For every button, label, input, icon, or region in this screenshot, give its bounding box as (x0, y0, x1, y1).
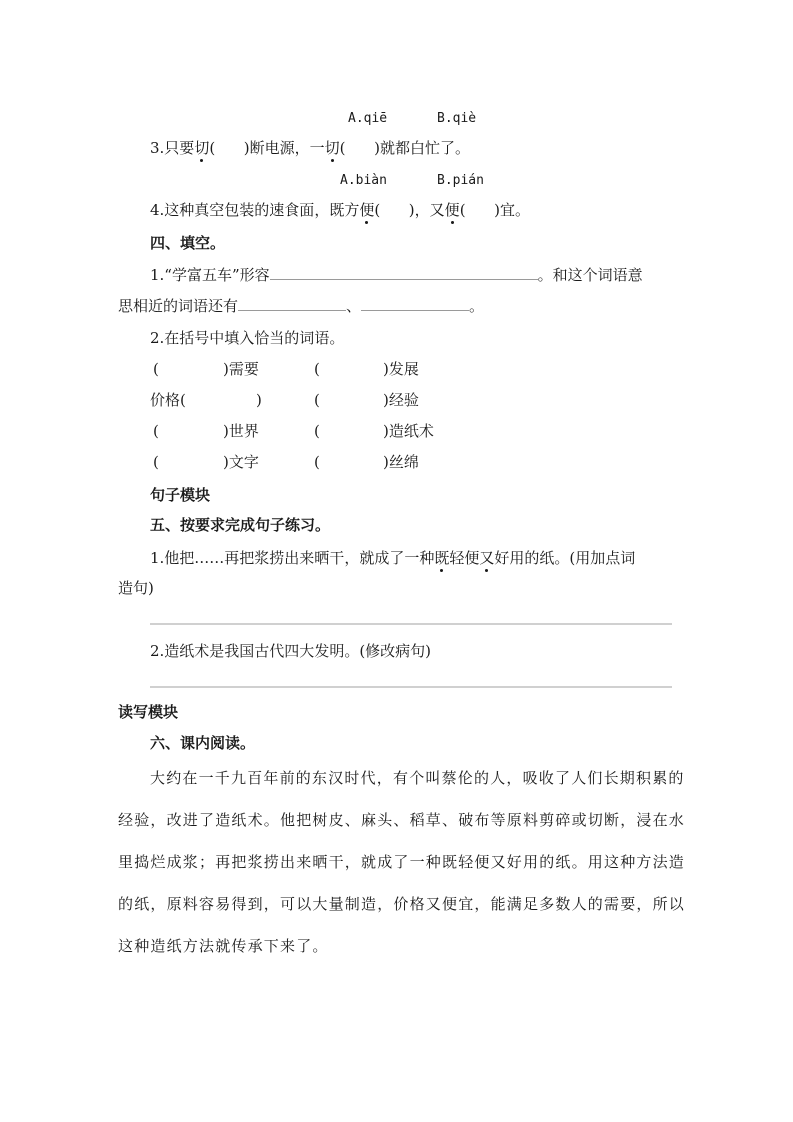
q3-dotted-char: 切 (325, 138, 340, 158)
item-text: 1.“学富五车”形容 (150, 266, 270, 284)
dotted-char: 既 (434, 548, 449, 568)
q4-text: 4.这种真空包装的速食面，既方 (150, 201, 359, 219)
answer-blank[interactable] (238, 296, 346, 311)
item-text: 。 (469, 297, 484, 315)
pair-right-close: )经验 (383, 390, 419, 410)
answer-blank[interactable] (361, 296, 469, 311)
pair-right-open: ( (314, 390, 320, 410)
pair-left-close: )文字 (223, 452, 259, 472)
q4-option-a: A.biàn (340, 172, 387, 190)
q3-option-b: B.qiè (437, 110, 476, 128)
q3-text: ( )就都白忙了。 (340, 139, 470, 157)
reading-module-title: 读写模块 (118, 702, 178, 722)
section-6-heading: 六、课内阅读。 (150, 733, 255, 753)
pair-left-close: )世界 (223, 421, 259, 441)
answer-line[interactable] (150, 623, 672, 625)
q4-dotted-char: 便 (359, 200, 374, 220)
pair-right-open: ( (314, 421, 320, 441)
pair-right-open: ( (314, 452, 320, 472)
section-4-item-1-line-2: 思相近的词语还有、。 (118, 296, 484, 316)
reading-passage-line: 这种造纸方法就传承下来了。 (118, 936, 329, 956)
q4-option-b: B.pián (437, 172, 484, 190)
q3-dotted-char: 切 (194, 138, 209, 158)
pair-left-open: ( (153, 359, 159, 379)
section-5-heading: 五、按要求完成句子练习。 (150, 515, 330, 535)
section-5-item-1-line-2: 造句) (118, 578, 154, 598)
q3-option-a: A.qiē (348, 110, 387, 128)
section-4-heading: 四、填空。 (150, 233, 225, 253)
item-text: 。和这个词语意 (538, 266, 643, 284)
pair-right-close: )发展 (383, 359, 419, 379)
separator: 、 (346, 297, 361, 315)
pair-left-open: ( (153, 452, 159, 472)
pair-left-open: ( (153, 421, 159, 441)
item-text: 1.他把……再把浆捞出来晒干，就成了一种 (150, 549, 434, 567)
item-text: 思相近的词语还有 (118, 297, 238, 315)
section-4-item-2: 2.在括号中填入恰当的词语。 (150, 328, 344, 348)
item-text: 好用的纸。(用加点词 (494, 549, 635, 567)
answer-line[interactable] (150, 686, 672, 688)
pair-left-close: ) (256, 390, 262, 410)
reading-passage-line: 大约在一千九百年前的东汉时代，有个叫蔡伦的人，吸收了人们长期积累的 (150, 768, 685, 788)
dotted-char: 又 (479, 548, 494, 568)
section-5-item-2: 2.造纸术是我国古代四大发明。(修改病句) (150, 641, 431, 661)
q4-text: ( )，又 (374, 201, 444, 219)
pair-right-open: ( (314, 359, 320, 379)
section-4-item-1: 1.“学富五车”形容。和这个词语意 (150, 265, 643, 285)
sentence-module-title: 句子模块 (150, 485, 210, 505)
pair-right-close: )造纸术 (383, 421, 434, 441)
pair-left-close: )需要 (223, 359, 259, 379)
reading-passage-line: 经验，改进了造纸术。他把树皮、麻头、稻草、破布等原料剪碎或切断，浸在水 (118, 810, 685, 830)
item-text: 轻便 (449, 549, 479, 567)
reading-passage-line: 里捣烂成浆；再把浆捞出来晒干，就成了一种既轻便又好用的纸。用这种方法造 (118, 852, 685, 872)
reading-passage-line: 的纸，原料容易得到，可以大量制造，价格又便宜，能满足多数人的需要，所以 (118, 894, 685, 914)
answer-blank[interactable] (270, 265, 538, 280)
question-3: 3.只要切( )断电源，一切( )就都白忙了。 (150, 138, 470, 158)
section-5-item-1: 1.他把……再把浆捞出来晒干，就成了一种既轻便又好用的纸。(用加点词 (150, 548, 635, 568)
pair-left-open: 价格( (150, 390, 186, 410)
pair-right-close: )丝绵 (383, 452, 419, 472)
q4-text: ( )宜。 (460, 201, 530, 219)
q3-text: ( )断电源，一 (209, 139, 324, 157)
question-4: 4.这种真空包装的速食面，既方便( )，又便( )宜。 (150, 200, 530, 220)
q3-text: 3.只要 (150, 139, 194, 157)
q4-dotted-char: 便 (445, 200, 460, 220)
